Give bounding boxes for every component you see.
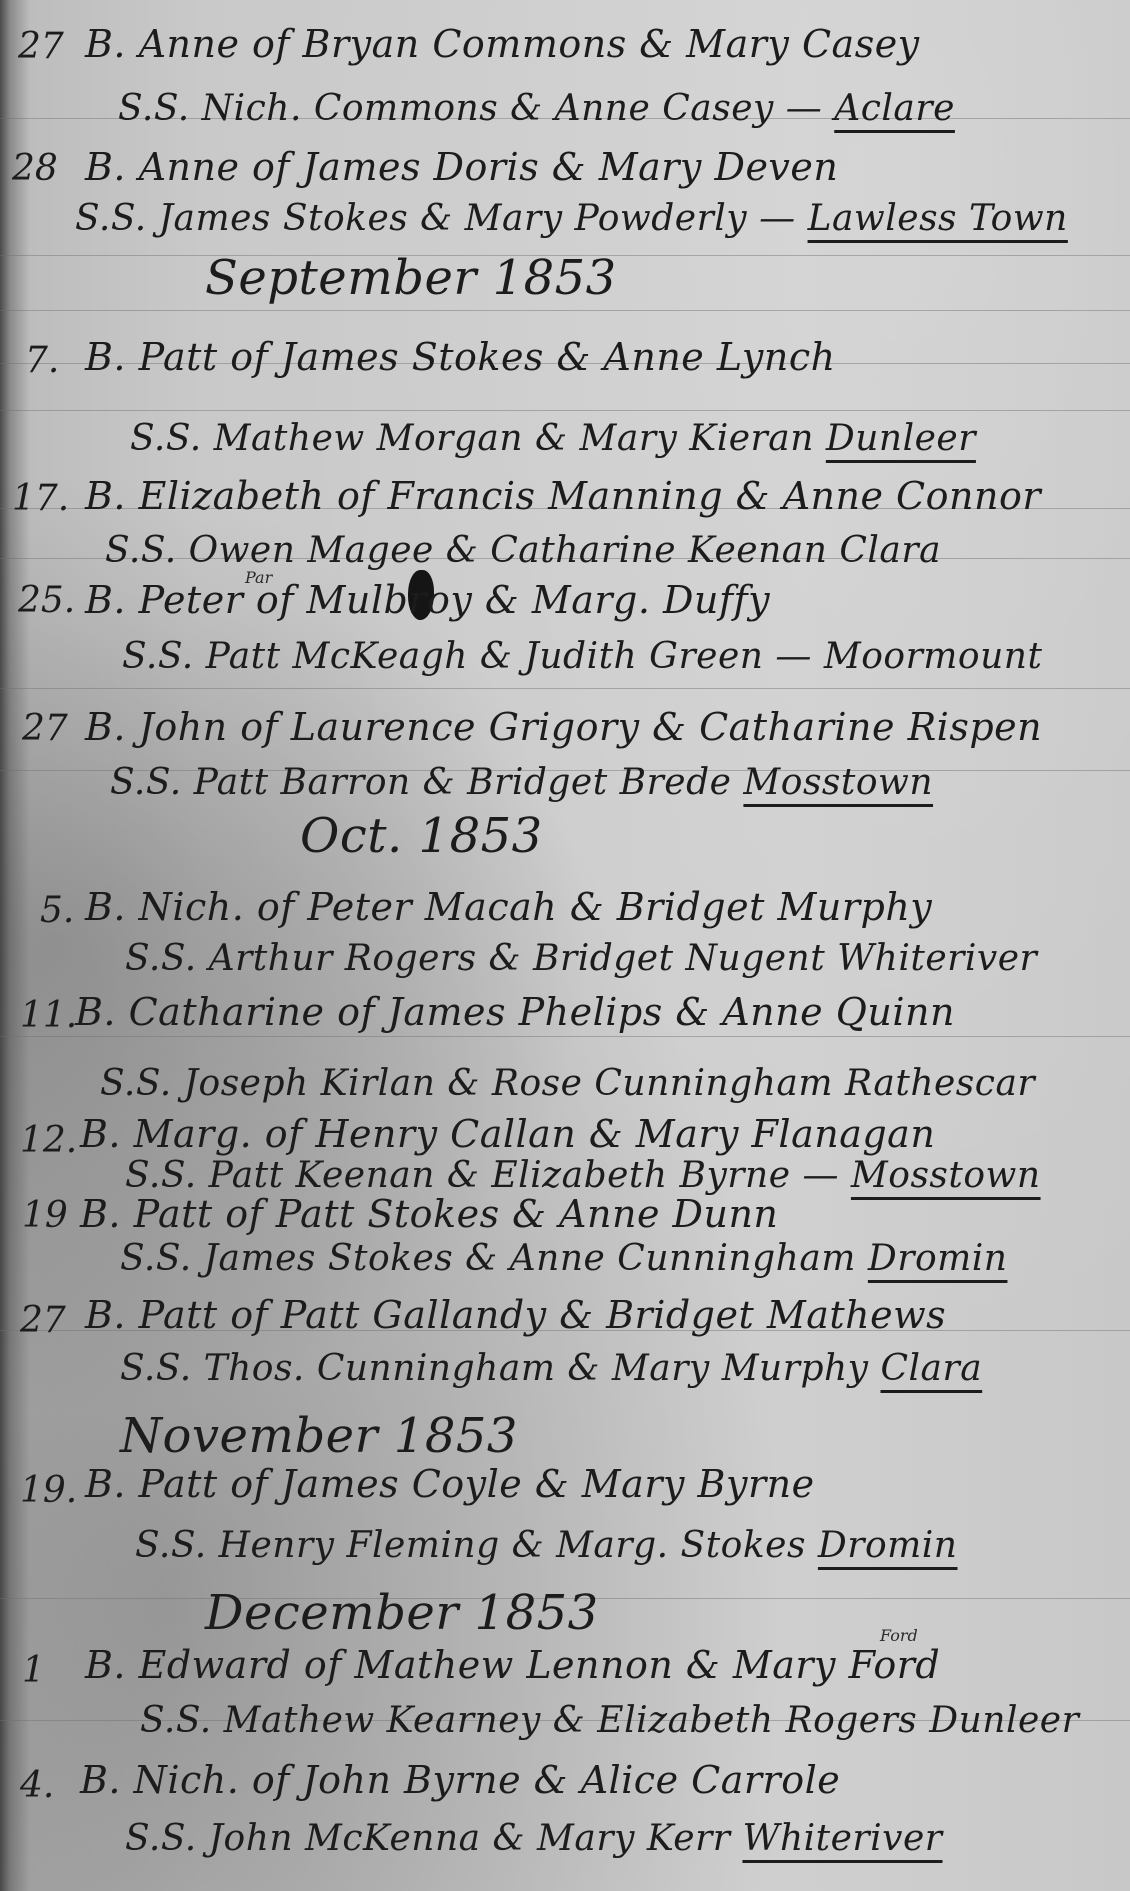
baptism-line: B. Patt of James Coyle & Mary Byrne [85,1462,815,1506]
sponsors-text: S.S. Mathew Morgan & Mary Kieran [130,418,814,459]
sponsors-line: S.S. James Stokes & Mary Powderly — Lawl… [75,198,1068,239]
month-heading: December 1853 [205,1585,599,1641]
townland: Whiteriver [742,1818,942,1859]
sponsors-line: S.S. Owen Magee & Catharine Keenan Clara [105,530,941,571]
sponsors-text: S.S. Arthur Rogers & Bridget Nugent [125,938,825,979]
baptism-line: B. Anne of Bryan Commons & Mary Casey [85,22,920,66]
entry-day: 19 [22,1195,68,1236]
sponsors-line: S.S. Thos. Cunningham & Mary Murphy Clar… [120,1348,982,1389]
entry-day: 27 [18,26,64,67]
sponsors-text: S.S. Thos. Cunningham & Mary Murphy [120,1348,869,1389]
entry-day: 19. [20,1470,77,1511]
townland: Mosstown [851,1155,1041,1196]
sponsors-text: S.S. James Stokes & Anne Cunningham [120,1238,856,1279]
sponsors-line: S.S. Nich. Commons & Anne Casey — Aclare [118,88,955,129]
entry-day: 4. [20,1765,54,1806]
sponsors-line: S.S. Henry Fleming & Marg. Stokes Dromin [135,1525,957,1566]
sponsors-text: S.S. John McKenna & Mary Kerr [125,1818,731,1859]
entry-day: 27 [20,1300,66,1341]
townland: Clara [839,530,941,571]
sponsors-text: S.S. Owen Magee & Catharine Keenan [105,530,827,571]
baptism-line: B. Edward of Mathew Lennon & Mary Ford [85,1643,940,1687]
month-heading: September 1853 [205,250,617,306]
sponsors-line: S.S. Mathew Kearney & Elizabeth Rogers D… [140,1700,1079,1741]
ruled-line [0,688,1130,689]
entry-day: 12. [20,1120,77,1161]
sponsors-line: S.S. Patt Barron & Bridget Brede Mosstow… [110,762,933,803]
ruled-line [0,310,1130,311]
townland: Rathescar [845,1063,1035,1104]
sponsors-text: S.S. Patt Keenan & Elizabeth Byrne [125,1155,791,1196]
sponsors-line: S.S. James Stokes & Anne Cunningham Drom… [120,1238,1007,1279]
month-heading: Oct. 1853 [300,808,543,864]
sponsors-line: S.S. Mathew Morgan & Mary Kieran Dunleer [130,418,976,459]
sponsors-line: S.S. Joseph Kirlan & Rose Cunningham Rat… [100,1063,1035,1104]
sponsors-line: S.S. Patt McKeagh & Judith Green — Moorm… [122,636,1042,677]
entry-day: 5. [40,890,74,931]
sponsors-text: S.S. Joseph Kirlan & Rose Cunningham [100,1063,833,1104]
baptism-line: B. Patt of Patt Gallandy & Bridget Mathe… [85,1293,946,1337]
townland: Dromin [868,1238,1008,1279]
sponsors-text: S.S. Patt Barron & Bridget Brede [110,762,731,803]
sponsors-text: S.S. Patt McKeagh & Judith Green [122,636,763,677]
baptism-line: B. Elizabeth of Francis Manning & Anne C… [85,474,1041,518]
townland: Aclare [834,88,955,129]
baptism-line: B. Marg. of Henry Callan & Mary Flanagan [80,1112,935,1156]
baptism-line: B. Peter of Mulbroy & Marg. Duffy [85,578,770,622]
townland: Moormount [824,636,1043,677]
baptism-line: B. John of Laurence Grigory & Catharine … [85,705,1042,749]
sponsors-text: S.S. Nich. Commons & Anne Casey [118,88,774,129]
sponsors-line: S.S. John McKenna & Mary Kerr Whiteriver [125,1818,943,1859]
ruled-line [0,410,1130,411]
baptism-line: B. Patt of Patt Stokes & Anne Dunn [80,1192,778,1236]
baptism-line: B. Nich. of Peter Macah & Bridget Murphy [85,885,932,929]
baptism-line: B. Nich. of John Byrne & Alice Carrole [80,1758,840,1802]
baptism-line: B. Anne of James Doris & Mary Deven [85,145,838,189]
baptism-line: B. Catharine of James Phelips & Anne Qui… [75,990,955,1034]
month-heading: November 1853 [120,1408,518,1464]
baptism-line: B. Patt of James Stokes & Anne Lynch [85,335,836,379]
entry-day: 25. [18,580,75,621]
townland: Dromin [818,1525,958,1566]
entry-day: 11. [20,995,77,1036]
ruled-line [0,1036,1130,1037]
entry-day: 17. [12,478,69,519]
townland: Whiteriver [837,938,1037,979]
sponsors-text: S.S. Henry Fleming & Marg. Stokes [135,1525,806,1566]
entry-day: 28 [12,148,58,189]
townland: Dunleer [826,418,976,459]
townland: Dunleer [929,1700,1079,1741]
sponsors-line: S.S. Patt Keenan & Elizabeth Byrne — Mos… [125,1155,1041,1196]
townland: Lawless Town [808,198,1068,239]
townland: Clara [880,1348,982,1389]
entry-day: 7. [25,340,59,381]
sponsors-text: S.S. Mathew Kearney & Elizabeth Rogers [140,1700,917,1741]
register-page: 27 B. Anne of Bryan Commons & Mary Casey… [0,0,1130,1891]
townland: Mosstown [743,762,933,803]
entry-day: 27 [22,708,68,749]
sponsors-text: S.S. James Stokes & Mary Powderly [75,198,747,239]
entry-day: 1 [22,1650,45,1691]
sponsors-line: S.S. Arthur Rogers & Bridget Nugent Whit… [125,938,1037,979]
